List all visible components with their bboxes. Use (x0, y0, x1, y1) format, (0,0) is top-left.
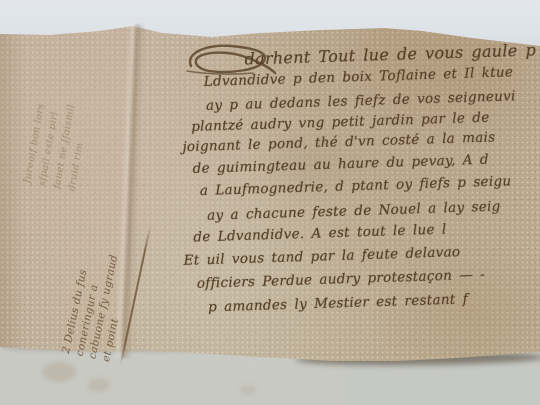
manuscript-line: p amandes ly Mestier est restant f (208, 291, 468, 315)
photo-of-manuscript: Jureoif bon lors sfpail este pirl fauet … (0, 0, 540, 405)
manuscript-line: Et uil vous tand par la feute delavao (183, 244, 460, 269)
manuscript-line: a Laufmognedrie, d ptant oy fiefs p seig… (200, 173, 512, 199)
manuscript-line: ay a chacune feste de Nouel a lay seig (207, 199, 501, 224)
manuscript-text-block: darhent Tout lue de vous gaule p t Ldvan… (0, 0, 540, 405)
manuscript-line: officiers Perdue audry protestaçon — - (197, 267, 486, 292)
manuscript-line: de Ldvandidve. A est tout le lue l (193, 222, 447, 246)
manuscript-line: de guimingteau au haure du pevay, A d (192, 152, 489, 177)
